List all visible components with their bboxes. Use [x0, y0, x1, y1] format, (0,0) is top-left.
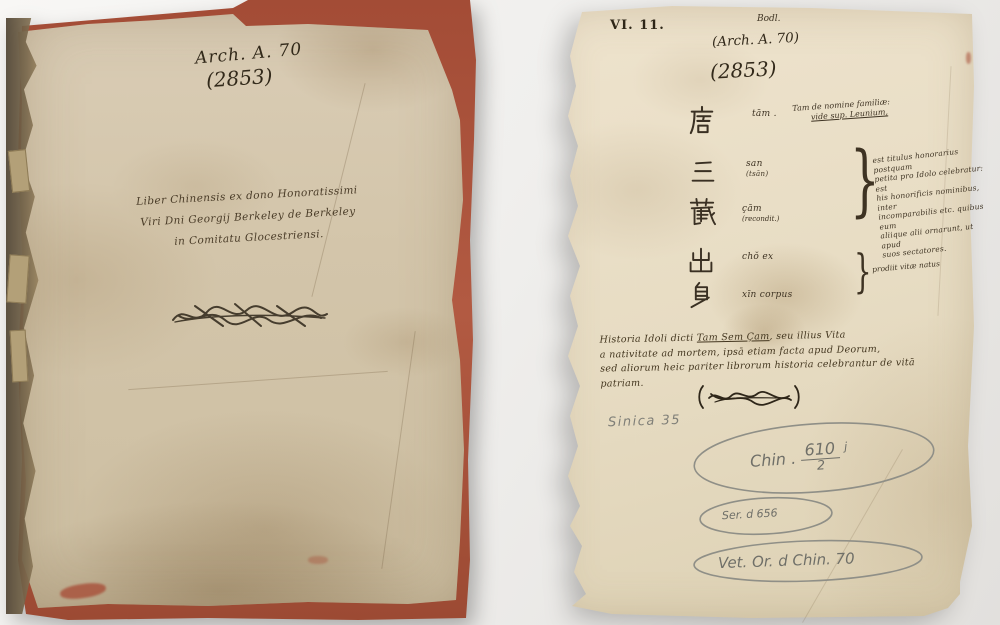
red-edge-mark — [966, 52, 971, 64]
crossed-out-word — [695, 384, 805, 410]
sinica-pencil-note: Sinica 35 — [608, 413, 681, 431]
spine-tatter — [6, 254, 29, 303]
hanzi-zang-glyph — [688, 196, 716, 228]
paragraph-text: Historia Idoli dicti — [599, 333, 696, 346]
spine-tatter — [10, 330, 29, 383]
grouping-brace-small: } — [854, 248, 872, 294]
red-leather-patch — [308, 556, 328, 564]
hanzi-san-glyph — [690, 158, 716, 186]
brace-annotation: est titulus honorarius postquam petita p… — [872, 144, 994, 260]
left-book-cover: Arch. A. 70 (2853) Liber Chinensis ex do… — [8, 0, 476, 622]
underlined-title: Tam Sem Çam — [697, 331, 770, 344]
shen-romanization: xīn corpus — [742, 290, 793, 300]
tang-romanization: tām . — [752, 109, 777, 119]
hanzi-shen-glyph — [688, 280, 714, 310]
oval-shelfmark-vet-or: Vet. Or. d Chin. 70 — [689, 534, 926, 588]
quire-mark: VI. 11. — [610, 18, 665, 33]
photograph-of-manuscript: Arch. A. 70 (2853) Liber Chinensis ex do… — [0, 0, 1000, 625]
right-shelfmark-number: (2853) — [709, 56, 777, 83]
chu-romanization: chŏ ex — [742, 252, 773, 262]
paragraph-text: , seu illius Vita — [769, 330, 845, 343]
left-shelfmark-number: (2853) — [205, 64, 273, 93]
chin-fraction: 6102 — [800, 440, 841, 474]
right-flyleaf-page: VI. 11. Bodl. (Arch. A. 70) (2853) tām .… — [552, 6, 976, 620]
romanization-line: çām — [742, 204, 779, 214]
romanization-line: (tsān) — [746, 169, 768, 179]
fraction-denominator: 2 — [801, 458, 840, 474]
erased-signature-scribble — [165, 292, 335, 340]
latin-description-paragraph: Historia Idoli dicti Tam Sem Çam, seu il… — [599, 326, 950, 391]
oval-shelfmark-ser: Ser. d 656 — [695, 491, 837, 540]
san-romanization: san (tsān) — [746, 159, 768, 179]
hanzi-chu-glyph — [688, 246, 714, 274]
romanization-line: san — [746, 159, 768, 169]
romanization-line: (recondit.) — [742, 214, 779, 224]
bodleian-note: Bodl. — [757, 14, 781, 24]
chin-shelfmark-text: Chin . 6102 j — [749, 440, 849, 479]
quire-mark-text: VI. 11. — [610, 18, 665, 33]
chin-prefix: Chin . — [749, 449, 796, 471]
zang-romanization: çām (recondit.) — [742, 204, 779, 224]
hanzi-tang-glyph — [688, 104, 716, 136]
